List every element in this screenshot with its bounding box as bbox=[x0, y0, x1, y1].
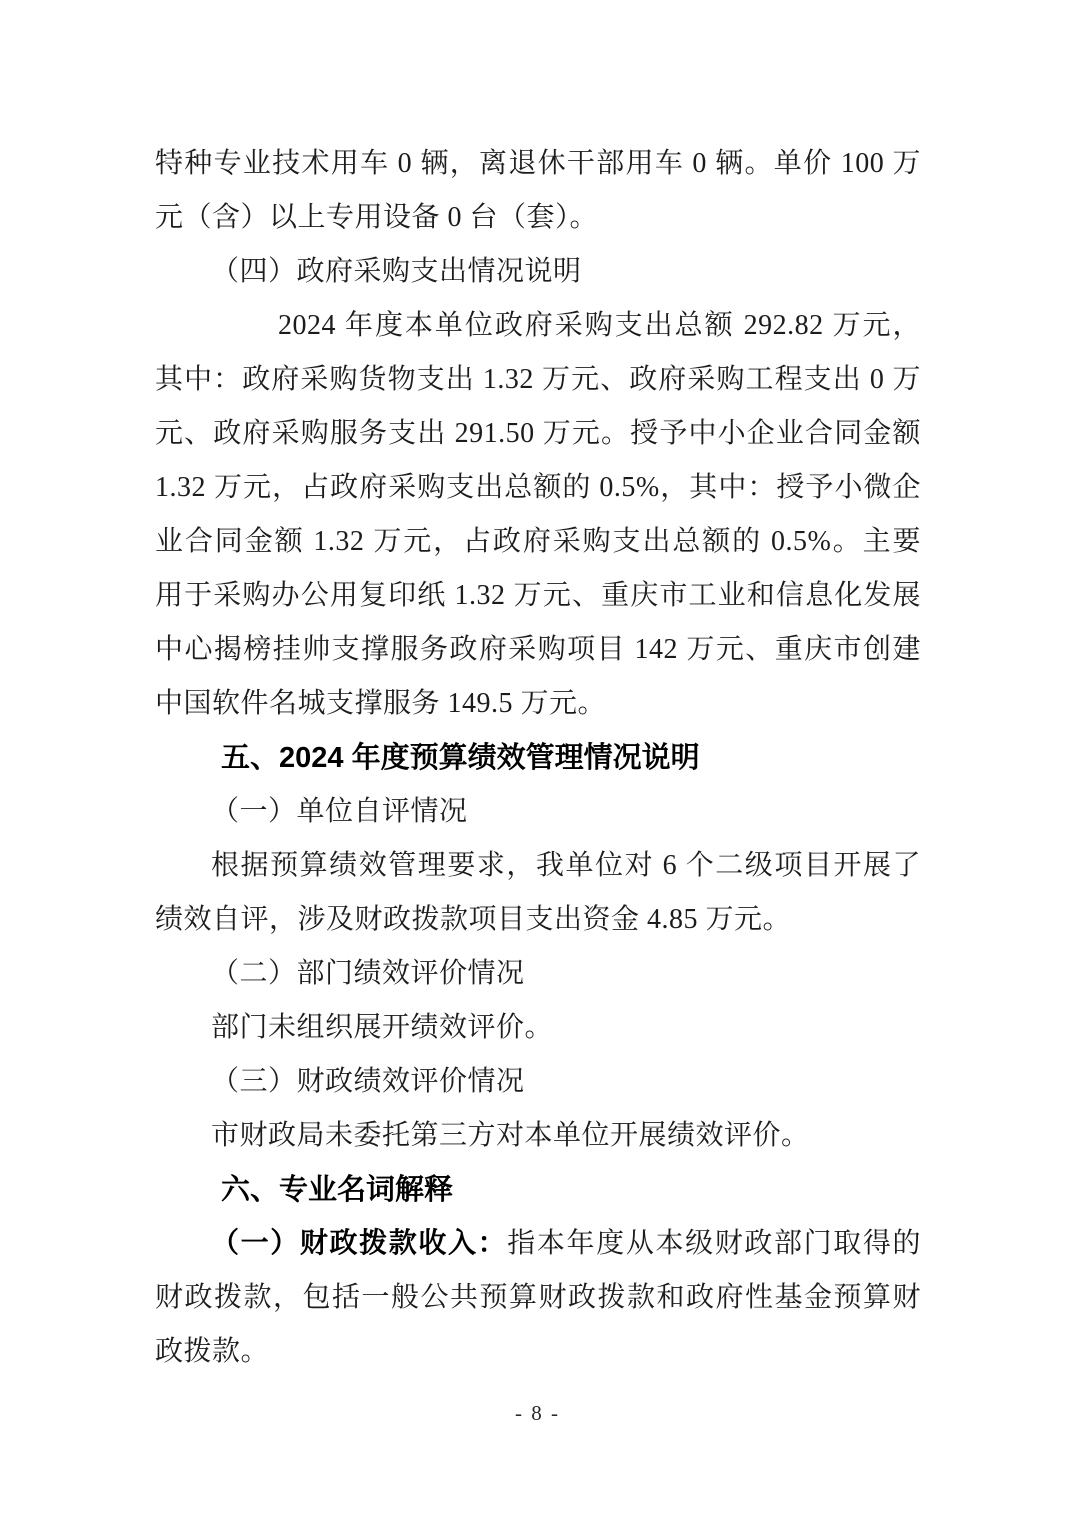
text-run: 2024 年度本单位政府采购支出总额 292.82 万元， bbox=[278, 310, 921, 341]
text-run: （一）单位自评情况 bbox=[211, 796, 468, 827]
text-line: 财政拨款，包括一般公共预算财政拨款和政府性基金预算财 bbox=[155, 1271, 921, 1325]
text-run: 元（含）以上专用设备 0 台（套）。 bbox=[155, 202, 598, 233]
text-run: 业合同金额 1.32 万元，占政府采购支出总额的 0.5%。主要 bbox=[155, 526, 921, 557]
text-line: 市财政局未委托第三方对本单位开展绩效评价。 bbox=[155, 1109, 921, 1163]
text-line: 2024 年度本单位政府采购支出总额 292.82 万元， bbox=[155, 299, 921, 353]
text-run: 指本年度从本级财政部门取得的 bbox=[507, 1228, 921, 1259]
text-run: 五、2024 年度预算绩效管理情况说明 bbox=[221, 742, 700, 774]
text-line: 特种专业技术用车 0 辆，离退休干部用车 0 辆。单价 100 万 bbox=[155, 137, 921, 191]
section-heading: 五、2024 年度预算绩效管理情况说明 bbox=[155, 731, 921, 785]
text-line: （一）财政拨款收入：指本年度从本级财政部门取得的 bbox=[155, 1217, 921, 1271]
text-run: 1.32 万元，占政府采购支出总额的 0.5%，其中：授予小微企 bbox=[155, 472, 921, 503]
text-run: 根据预算绩效管理要求，我单位对 6 个二级项目开展了 bbox=[211, 850, 921, 881]
text-run: 部门未组织展开绩效评价。 bbox=[211, 1012, 553, 1043]
text-line: 业合同金额 1.32 万元，占政府采购支出总额的 0.5%。主要 bbox=[155, 515, 921, 569]
text-line: 政拨款。 bbox=[155, 1325, 921, 1379]
text-run: 特种专业技术用车 0 辆，离退休干部用车 0 辆。单价 100 万 bbox=[155, 148, 921, 179]
text-line: （四）政府采购支出情况说明 bbox=[155, 245, 921, 299]
text-run: （三）财政绩效评价情况 bbox=[211, 1066, 525, 1097]
text-run: 市财政局未委托第三方对本单位开展绩效评价。 bbox=[211, 1120, 810, 1151]
text-line: 1.32 万元，占政府采购支出总额的 0.5%，其中：授予小微企 bbox=[155, 461, 921, 515]
text-line: 元、政府采购服务支出 291.50 万元。授予中小企业合同金额 bbox=[155, 407, 921, 461]
text-run: 元、政府采购服务支出 291.50 万元。授予中小企业合同金额 bbox=[155, 418, 921, 449]
text-line: （一）单位自评情况 bbox=[155, 785, 921, 839]
text-line: 中国软件名城支撑服务 149.5 万元。 bbox=[155, 677, 921, 731]
text-run: 六、专业名词解释 bbox=[221, 1174, 453, 1206]
text-line: 中心揭榜挂帅支撑服务政府采购项目 142 万元、重庆市创建 bbox=[155, 623, 921, 677]
text-run: （二）部门绩效评价情况 bbox=[211, 958, 525, 989]
text-run: 中国软件名城支撑服务 149.5 万元。 bbox=[155, 688, 606, 719]
text-line: （三）财政绩效评价情况 bbox=[155, 1055, 921, 1109]
text-run: 用于采购办公用复印纸 1.32 万元、重庆市工业和信息化发展 bbox=[155, 580, 921, 611]
text-run: 中心揭榜挂帅支撑服务政府采购项目 142 万元、重庆市创建 bbox=[155, 634, 921, 665]
text-run: 绩效自评，涉及财政拨款项目支出资金 4.85 万元。 bbox=[155, 904, 791, 935]
text-line: 其中：政府采购货物支出 1.32 万元、政府采购工程支出 0 万 bbox=[155, 353, 921, 407]
section-heading: 六、专业名词解释 bbox=[155, 1163, 921, 1217]
page-number: - 8 - bbox=[0, 1398, 1075, 1428]
text-line: （二）部门绩效评价情况 bbox=[155, 947, 921, 1001]
bold-term: （一）财政拨款收入： bbox=[211, 1228, 507, 1259]
text-line: 部门未组织展开绩效评价。 bbox=[155, 1001, 921, 1055]
text-line: 绩效自评，涉及财政拨款项目支出资金 4.85 万元。 bbox=[155, 893, 921, 947]
text-line: 根据预算绩效管理要求，我单位对 6 个二级项目开展了 bbox=[155, 839, 921, 893]
text-line: 用于采购办公用复印纸 1.32 万元、重庆市工业和信息化发展 bbox=[155, 569, 921, 623]
document-body: 特种专业技术用车 0 辆，离退休干部用车 0 辆。单价 100 万元（含）以上专… bbox=[155, 137, 921, 1379]
text-run: （四）政府采购支出情况说明 bbox=[211, 256, 582, 287]
text-run: 其中：政府采购货物支出 1.32 万元、政府采购工程支出 0 万 bbox=[155, 364, 921, 395]
document-page: 特种专业技术用车 0 辆，离退休干部用车 0 辆。单价 100 万元（含）以上专… bbox=[0, 0, 1075, 1520]
text-run: 财政拨款，包括一般公共预算财政拨款和政府性基金预算财 bbox=[155, 1282, 921, 1313]
text-line: 元（含）以上专用设备 0 台（套）。 bbox=[155, 191, 921, 245]
text-run: 政拨款。 bbox=[155, 1336, 269, 1367]
